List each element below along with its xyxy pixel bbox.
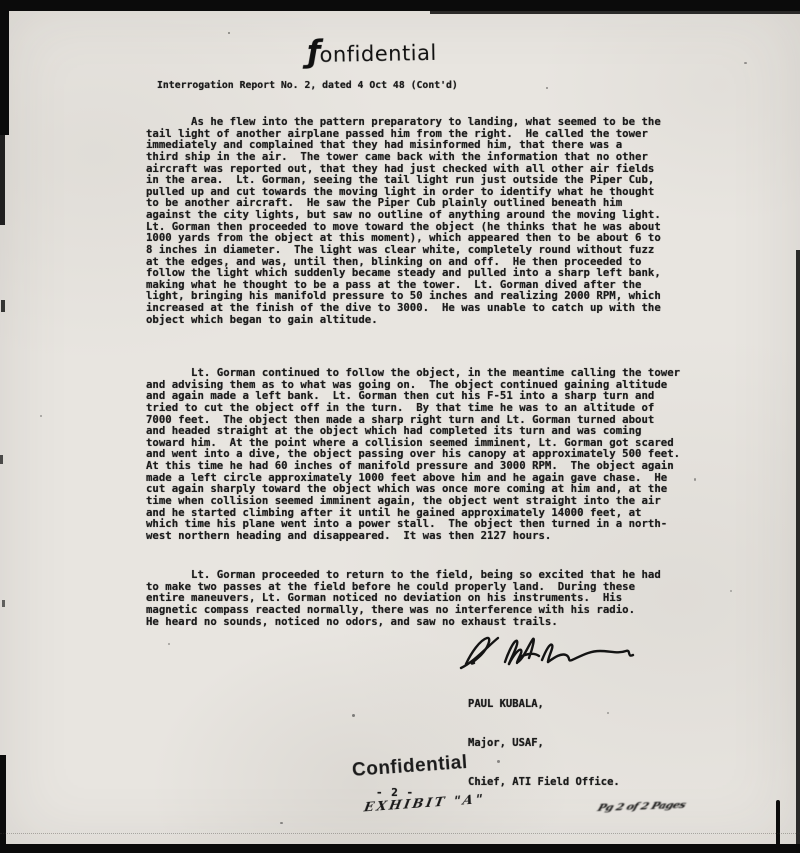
stamp-text: onfidential (319, 41, 437, 67)
scan-mark-vertical (776, 800, 780, 848)
scan-border-left (0, 0, 9, 135)
stamp-initial-glyph: ƒ (307, 34, 320, 70)
scan-mark (1, 300, 5, 312)
confidential-stamp-top: ƒonfidential (307, 32, 437, 70)
scan-mark (2, 600, 5, 607)
scan-border-right (796, 250, 800, 853)
paragraph-return-to-field: Lt. Gorman proceeded to return to the fi… (146, 569, 661, 627)
document-title: Interrogation Report No. 2, dated 4 Oct … (157, 80, 458, 91)
scan-border-left-bottom (0, 755, 6, 853)
scan-mark (0, 455, 3, 464)
paragraph-chase: Lt. Gorman continued to follow the objec… (146, 367, 680, 541)
scan-border-top-fragment (430, 11, 800, 14)
signatory-rank: Major, USAF, (468, 737, 620, 750)
signatory-office: Chief, ATI Field Office. (468, 776, 620, 789)
paragraph-flight-pattern: As he flew into the pattern preparatory … (146, 116, 661, 325)
signatory-name: PAUL KUBALA, (468, 698, 620, 711)
paper-crease-line (0, 833, 800, 834)
scanned-document-page: ƒonfidential Interrogation Report No. 2,… (0, 0, 800, 853)
confidential-stamp-bottom: Confidential (351, 752, 468, 782)
signature-handwritten (458, 631, 638, 675)
scan-border-left-fragment (0, 130, 5, 225)
handwritten-note: Pg 2 of 2 Pages (596, 799, 687, 813)
signature-block: PAUL KUBALA, Major, USAF, Chief, ATI Fie… (468, 672, 620, 815)
scan-border-top (0, 0, 800, 11)
scan-border-bottom (0, 844, 800, 853)
